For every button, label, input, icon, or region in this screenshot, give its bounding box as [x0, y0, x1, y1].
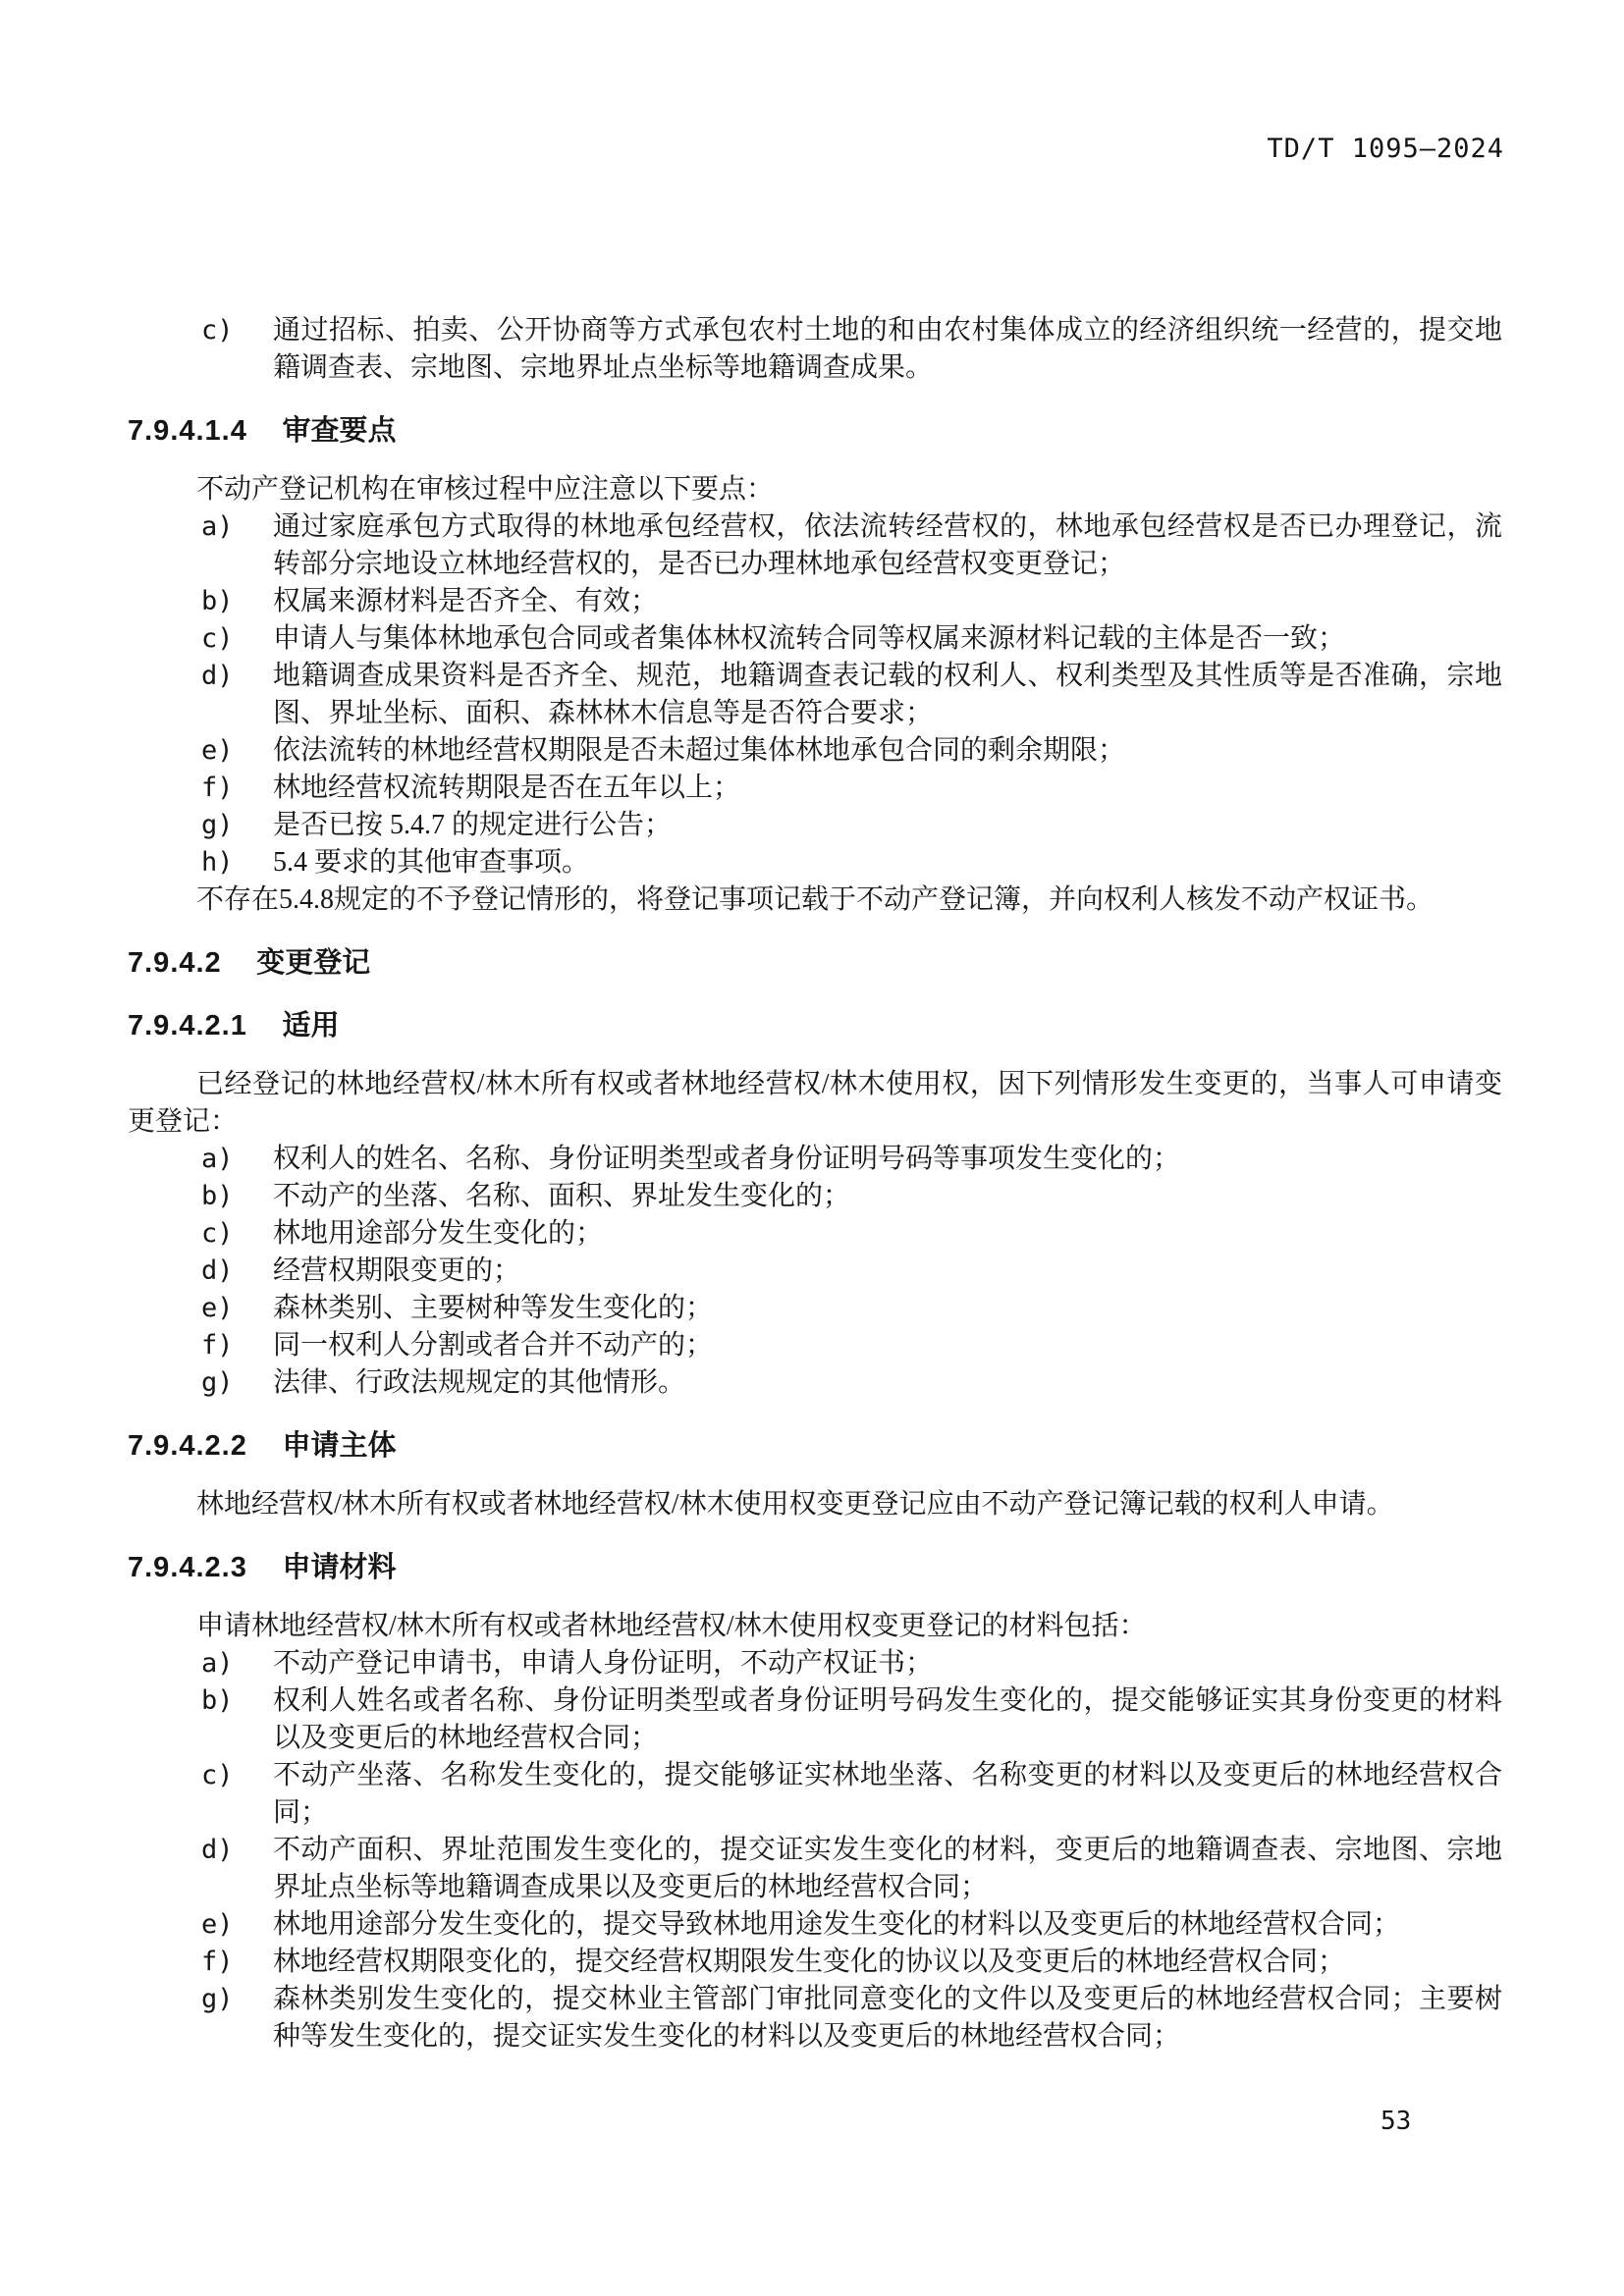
list-marker: e) [201, 732, 273, 770]
paragraph: 申请林地经营权/林木所有权或者林地经营权/林木使用权变更登记的材料包括： [128, 1608, 1502, 1645]
paragraph: 不动产登记机构在审核过程中应注意以下要点： [128, 471, 1502, 508]
list-marker: a) [201, 508, 273, 546]
list-item: c) 申请人与集体林地承包合同或者集体林权流转合同等权属来源材料记载的主体是否一… [128, 620, 1502, 658]
list-text: 通过家庭承包方式取得的林地承包经营权，依法流转经营权的，林地承包经营权是否已办理… [273, 508, 1502, 583]
list-text: 法律、行政法规规定的其他情形。 [273, 1364, 1502, 1402]
page-number: 53 [1380, 2107, 1411, 2136]
list-text: 林地经营权流转期限是否在五年以上； [273, 770, 1502, 807]
list-text: 权属来源材料是否齐全、有效； [273, 583, 1502, 620]
page-content: c) 通过招标、拍卖、公开协商等方式承包农村土地的和由农村集体成立的经济组织统一… [128, 312, 1502, 2056]
list-text: 申请人与集体林地承包合同或者集体林权流转合同等权属来源材料记载的主体是否一致； [273, 620, 1502, 658]
paragraph: 已经登记的林地经营权/林木所有权或者林地经营权/林木使用权，因下列情形发生变更的… [128, 1066, 1502, 1141]
list-item: b) 权属来源材料是否齐全、有效； [128, 583, 1502, 620]
list-text: 林地经营权期限变化的，提交经营权期限发生变化的协议以及变更后的林地经营权合同； [273, 1944, 1502, 1981]
list-item: e) 森林类别、主要树种等发生变化的； [128, 1290, 1502, 1327]
list-marker: b) [201, 1682, 273, 1720]
list-text: 经营权期限变更的； [273, 1253, 1502, 1290]
list-marker: b) [201, 1178, 273, 1215]
list-marker: c) [201, 1757, 273, 1794]
list-marker: b) [201, 583, 273, 620]
list-marker: c) [201, 1215, 273, 1253]
list-text: 不动产的坐落、名称、面积、界址发生变化的； [273, 1178, 1502, 1215]
heading-title: 申请主体 [282, 1430, 396, 1462]
list-item: d) 地籍调查成果资料是否齐全、规范，地籍调查表记载的权利人、权利类型及其性质等… [128, 658, 1502, 732]
list-item: e) 林地用途部分发生变化的，提交导致林地用途发生变化的材料以及变更后的林地经营… [128, 1906, 1502, 1944]
list-text: 是否已按 5.4.7 的规定进行公告； [273, 807, 1502, 844]
list-marker: h) [201, 844, 273, 881]
section-heading-applicant: 7.9.4.2.2 申请主体 [128, 1427, 1502, 1465]
heading-number: 7.9.4.2.3 [128, 1552, 247, 1583]
heading-number: 7.9.4.1.4 [128, 415, 247, 447]
heading-number: 7.9.4.2.2 [128, 1430, 247, 1462]
list-text: 5.4 要求的其他审查事项。 [273, 844, 1502, 881]
heading-title: 申请材料 [282, 1552, 396, 1583]
list-item: f) 同一权利人分割或者合并不动产的； [128, 1327, 1502, 1364]
list-item: b) 不动产的坐落、名称、面积、界址发生变化的； [128, 1178, 1502, 1215]
list-text: 森林类别、主要树种等发生变化的； [273, 1290, 1502, 1327]
list-item: d) 经营权期限变更的； [128, 1253, 1502, 1290]
list-text: 林地用途部分发生变化的，提交导致林地用途发生变化的材料以及变更后的林地经营权合同… [273, 1906, 1502, 1944]
section-heading-applicability: 7.9.4.2.1 适用 [128, 1007, 1502, 1044]
heading-title: 审查要点 [282, 415, 396, 447]
list-marker: f) [201, 1327, 273, 1364]
heading-number: 7.9.4.2 [128, 947, 222, 979]
list-text: 不动产登记申请书，申请人身份证明，不动产权证书； [273, 1645, 1502, 1682]
list-item: e) 依法流转的林地经营权期限是否未超过集体林地承包合同的剩余期限； [128, 732, 1502, 770]
list-text: 通过招标、拍卖、公开协商等方式承包农村土地的和由农村集体成立的经济组织统一经营的… [273, 312, 1502, 387]
list-marker: a) [201, 1645, 273, 1682]
list-text: 依法流转的林地经营权期限是否未超过集体林地承包合同的剩余期限； [273, 732, 1502, 770]
list-marker: f) [201, 770, 273, 807]
list-item: c) 不动产坐落、名称发生变化的，提交能够证实林地坐落、名称变更的材料以及变更后… [128, 1757, 1502, 1832]
list-item: f) 林地经营权期限变化的，提交经营权期限发生变化的协议以及变更后的林地经营权合… [128, 1944, 1502, 1981]
list-marker: g) [201, 807, 273, 844]
list-item: g) 森林类别发生变化的，提交林业主管部门审批同意变化的文件以及变更后的林地经营… [128, 1981, 1502, 2056]
list-item: a) 权利人的姓名、名称、身份证明类型或者身份证明号码等事项发生变化的； [128, 1141, 1502, 1178]
heading-title: 适用 [282, 1010, 339, 1041]
list-marker: f) [201, 1944, 273, 1981]
list-text: 地籍调查成果资料是否齐全、规范，地籍调查表记载的权利人、权利类型及其性质等是否准… [273, 658, 1502, 732]
list-item: d) 不动产面积、界址范围发生变化的，提交证实发生变化的材料，变更后的地籍调查表… [128, 1832, 1502, 1906]
list-text: 森林类别发生变化的，提交林业主管部门审批同意变化的文件以及变更后的林地经营权合同… [273, 1981, 1502, 2056]
heading-title: 变更登记 [256, 947, 370, 979]
list-text: 同一权利人分割或者合并不动产的； [273, 1327, 1502, 1364]
paragraph: 林地经营权/林木所有权或者林地经营权/林木使用权变更登记应由不动产登记簿记载的权… [128, 1486, 1502, 1523]
list-marker: d) [201, 1832, 273, 1869]
list-text: 权利人姓名或者名称、身份证明类型或者身份证明号码发生变化的，提交能够证实其身份变… [273, 1682, 1502, 1757]
list-item: c) 通过招标、拍卖、公开协商等方式承包农村土地的和由农村集体成立的经济组织统一… [128, 312, 1502, 387]
list-marker: a) [201, 1141, 273, 1178]
paragraph: 不存在5.4.8规定的不予登记情形的，将登记事项记载于不动产登记簿，并向权利人核… [128, 881, 1502, 919]
list-item: a) 不动产登记申请书，申请人身份证明，不动产权证书； [128, 1645, 1502, 1682]
list-item: f) 林地经营权流转期限是否在五年以上； [128, 770, 1502, 807]
section-heading-change-registration: 7.9.4.2 变更登记 [128, 944, 1502, 982]
section-heading-application-materials: 7.9.4.2.3 申请材料 [128, 1549, 1502, 1586]
list-text: 不动产坐落、名称发生变化的，提交能够证实林地坐落、名称变更的材料以及变更后的林地… [273, 1757, 1502, 1832]
list-item: g) 法律、行政法规规定的其他情形。 [128, 1364, 1502, 1402]
list-marker: c) [201, 312, 273, 349]
list-marker: c) [201, 620, 273, 658]
list-marker: g) [201, 1364, 273, 1402]
list-marker: e) [201, 1290, 273, 1327]
list-text: 权利人的姓名、名称、身份证明类型或者身份证明号码等事项发生变化的； [273, 1141, 1502, 1178]
list-item: g) 是否已按 5.4.7 的规定进行公告； [128, 807, 1502, 844]
section-heading-review-points: 7.9.4.1.4 审查要点 [128, 412, 1502, 450]
list-marker: d) [201, 658, 273, 695]
list-item: b) 权利人姓名或者名称、身份证明类型或者身份证明号码发生变化的，提交能够证实其… [128, 1682, 1502, 1757]
header-doc-code: TD/T 1095—2024 [1267, 133, 1504, 164]
list-text: 不动产面积、界址范围发生变化的，提交证实发生变化的材料，变更后的地籍调查表、宗地… [273, 1832, 1502, 1906]
list-item: a) 通过家庭承包方式取得的林地承包经营权，依法流转经营权的，林地承包经营权是否… [128, 508, 1502, 583]
list-marker: g) [201, 1981, 273, 2018]
list-item: h) 5.4 要求的其他审查事项。 [128, 844, 1502, 881]
list-text: 林地用途部分发生变化的； [273, 1215, 1502, 1253]
list-marker: d) [201, 1253, 273, 1290]
list-marker: e) [201, 1906, 273, 1944]
document-page: TD/T 1095—2024 c) 通过招标、拍卖、公开协商等方式承包农村土地的… [0, 0, 1624, 2296]
list-item: c) 林地用途部分发生变化的； [128, 1215, 1502, 1253]
heading-number: 7.9.4.2.1 [128, 1010, 247, 1041]
